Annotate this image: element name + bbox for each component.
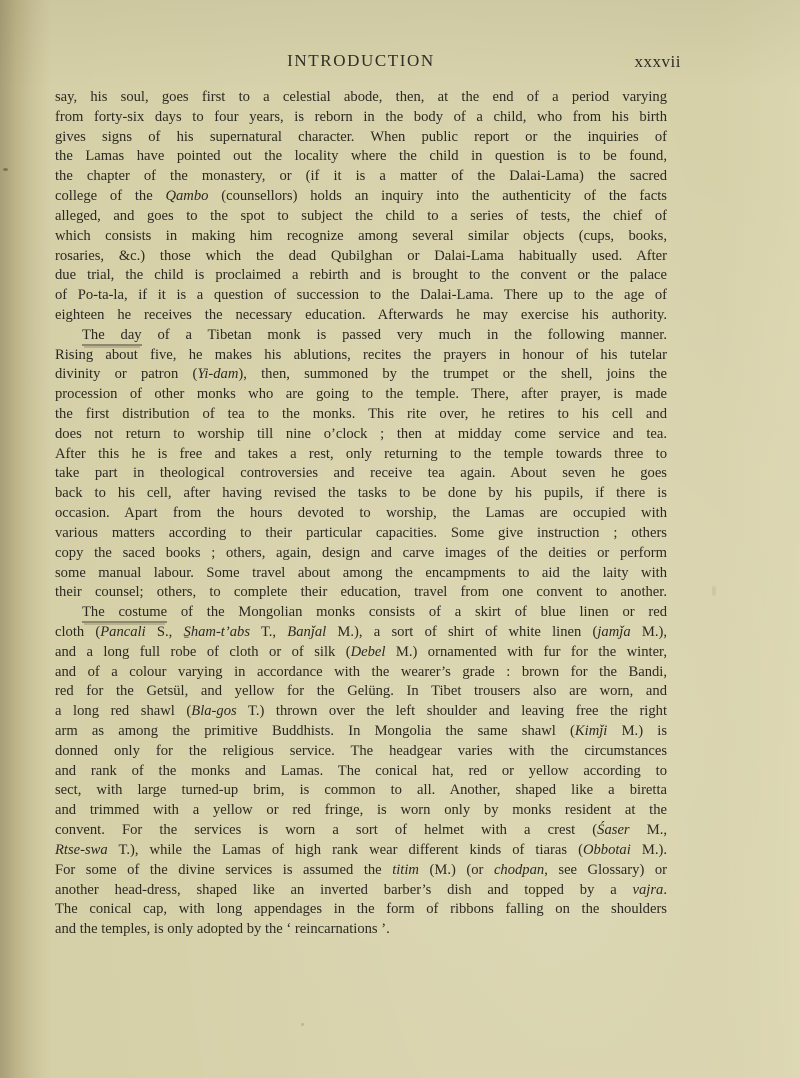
text-run: due trial, the child is proclaimed a reb…: [55, 267, 667, 283]
text-line: red for the Getsül, and yellow for the G…: [55, 682, 667, 702]
text-line: of Po-ta-la, if it is a question of succ…: [55, 286, 667, 306]
text-run: the Lamas have pointed out the locality …: [55, 148, 667, 164]
text-line: due trial, the child is proclaimed a reb…: [55, 266, 667, 286]
text-line: from forty-six days to four years, is re…: [55, 108, 667, 128]
text-line: Rtse-swa T.), while the Lamas of high ra…: [55, 841, 667, 861]
text-line: donned only for the religious service. T…: [55, 742, 667, 762]
page-body: say, his soul, goes first to a celestial…: [55, 88, 667, 940]
italic-term: Banǰal: [287, 624, 326, 640]
italic-term: chodpan: [494, 862, 544, 878]
text-run: take part in theological controversies a…: [55, 465, 667, 481]
text-line: The conical cap, with long appendages in…: [55, 900, 667, 920]
text-run: back to his cell, after having revised t…: [55, 485, 667, 501]
text-run: M.) is: [607, 723, 667, 739]
text-line: their counsel; others, to complete their…: [55, 583, 667, 603]
text-run: T.,: [250, 624, 287, 640]
text-run: occasion. Apart from the hours devoted t…: [55, 505, 667, 521]
text-line: copy the saced books ; others, again, de…: [55, 544, 667, 564]
page-number: xxxvii: [635, 52, 681, 72]
text-line: The day of a Tibetan monk is passed very…: [55, 326, 667, 346]
text-run: , see Glossary) or: [544, 862, 667, 878]
text-line: and rank of the monks and Lamas. The con…: [55, 762, 667, 782]
text-line: alleged, and goes to the spot to subject…: [55, 207, 667, 227]
text-run: and trimmed with a yellow or red fringe,…: [55, 802, 667, 818]
text-run: college of the: [55, 188, 165, 204]
scan-speck: [301, 1023, 304, 1026]
italic-term: titim: [392, 862, 419, 878]
text-line: some manual labour. Some travel about am…: [55, 564, 667, 584]
text-line: and of a colour varying in accordance wi…: [55, 663, 667, 683]
italic-term: vajra: [633, 882, 664, 898]
text-line: and a long full robe of cloth or of silk…: [55, 643, 667, 663]
text-line: a long red shawl (Bla-gos T.) thrown ove…: [55, 702, 667, 722]
text-line: gives signs of his supernatural characte…: [55, 128, 667, 148]
italic-term: Pancali: [100, 624, 145, 640]
italic-term: Qambo: [165, 188, 208, 204]
text-run: does not return to worship till nine o’c…: [55, 426, 667, 442]
text-run: their counsel; others, to complete their…: [55, 584, 667, 600]
italic-term: Bla-gos: [191, 703, 236, 719]
text-line: Rising about five, he makes his ablution…: [55, 346, 667, 366]
italic-term: Obbotai: [583, 842, 631, 858]
text-run: and a long full robe of cloth or of silk…: [55, 644, 351, 660]
text-run: donned only for the religious service. T…: [55, 743, 667, 759]
text-run: (counsellors) holds an inquiry into the …: [208, 188, 667, 204]
text-run: sect, with large turned-up brim, is comm…: [55, 782, 667, 798]
text-run: which consists in making him recognize a…: [55, 228, 667, 244]
text-line: say, his soul, goes first to a celestial…: [55, 88, 667, 108]
text-line: back to his cell, after having revised t…: [55, 484, 667, 504]
text-run: and the temples, is only adopted by the …: [55, 921, 390, 937]
text-run: copy the saced books ; others, again, de…: [55, 545, 667, 561]
text-run: another head-dress, shaped like an inver…: [55, 882, 633, 898]
text-run: alleged, and goes to the spot to subject…: [55, 208, 667, 224]
text-line: divinity or patron (Yi-dam), then, summo…: [55, 365, 667, 385]
text-run: S.,: [146, 624, 184, 640]
text-line: rosaries, &c.) those which the dead Qubi…: [55, 247, 667, 267]
text-line: eighteen he receives the necessary educa…: [55, 306, 667, 326]
italic-term: S̱ham-t’abs: [184, 624, 250, 640]
text-run: M.,: [630, 822, 667, 838]
text-line: various matters according to their parti…: [55, 524, 667, 544]
text-run: say, his soul, goes first to a celestial…: [55, 89, 667, 105]
text-line: arm as among the primitive Buddhists. In…: [55, 722, 667, 742]
text-run: After this he is free and takes a rest, …: [55, 446, 667, 462]
text-run: of the Mongolian monks consists of a ski…: [167, 604, 667, 620]
text-run: T.) thrown over the left shoulder and le…: [237, 703, 667, 719]
text-run: red for the Getsül, and yellow for the G…: [55, 683, 667, 699]
text-line: sect, with large turned-up brim, is comm…: [55, 781, 667, 801]
text-line: does not return to worship till nine o’c…: [55, 425, 667, 445]
text-run: T.), while the Lamas of high rank wear d…: [108, 842, 583, 858]
text-run: and of a colour varying in accordance wi…: [55, 664, 667, 680]
text-run: (M.) (or: [419, 862, 494, 878]
text-run: M.).: [631, 842, 667, 858]
italic-term: Kimǰi: [575, 723, 607, 739]
text-line: For some of the divine services is assum…: [55, 861, 667, 881]
text-line: and trimmed with a yellow or red fringe,…: [55, 801, 667, 821]
italic-term: Debel: [351, 644, 386, 660]
text-run: M.),: [631, 624, 667, 640]
text-line: The costume of the Mongolian monks consi…: [55, 603, 667, 623]
text-run: various matters according to their parti…: [55, 525, 667, 541]
text-line: and the temples, is only adopted by the …: [55, 920, 667, 940]
text-line: the Lamas have pointed out the locality …: [55, 147, 667, 167]
text-run: procession of other monks who are going …: [55, 386, 667, 402]
text-run: a long red shawl (: [55, 703, 191, 719]
scan-speck: [712, 586, 716, 596]
text-line: which consists in making him recognize a…: [55, 227, 667, 247]
text-run: arm as among the primitive Buddhists. In…: [55, 723, 575, 739]
text-run: and rank of the monks and Lamas. The con…: [55, 763, 667, 779]
text-run: divinity or patron (: [55, 366, 197, 382]
text-run: of Po-ta-la, if it is a question of succ…: [55, 287, 667, 303]
book-page: INTRODUCTION xxxvii say, his soul, goes …: [0, 0, 800, 1078]
page-header-title: INTRODUCTION: [55, 51, 667, 71]
text-line: convent. For the services is worn a sort…: [55, 821, 667, 841]
text-run: rosaries, &c.) those which the dead Qubi…: [55, 248, 667, 264]
text-run: cloth (: [55, 624, 100, 640]
pencil-underline-annotation: The day: [82, 327, 142, 346]
text-run: Rising about five, he makes his ablution…: [55, 347, 667, 363]
italic-term: jamǰa: [597, 624, 630, 640]
text-run: .: [663, 882, 667, 898]
text-run: some manual labour. Some travel about am…: [55, 565, 667, 581]
pencil-underline-annotation: The costume: [82, 604, 167, 623]
page-header: INTRODUCTION xxxvii: [55, 51, 667, 73]
text-run: M.), a sort of shirt of white linen (: [326, 624, 597, 640]
text-line: occasion. Apart from the hours devoted t…: [55, 504, 667, 524]
text-run: M.) ornamented with fur for the winter,: [385, 644, 667, 660]
text-line: another head-dress, shaped like an inver…: [55, 881, 667, 901]
text-line: the chapter of the monastery, or (if it …: [55, 167, 667, 187]
text-run: the chapter of the monastery, or (if it …: [55, 168, 667, 184]
text-line: college of the Qambo (counsellors) holds…: [55, 187, 667, 207]
text-line: cloth (Pancali S., S̱ham-t’abs T., Banǰa…: [55, 623, 667, 643]
italic-term: Yi-dam: [197, 366, 238, 382]
scan-speck: [3, 168, 8, 171]
text-run: gives signs of his supernatural characte…: [55, 129, 667, 145]
italic-term: Śaser: [597, 822, 629, 838]
italic-term: Rtse-swa: [55, 842, 108, 858]
text-line: procession of other monks who are going …: [55, 385, 667, 405]
text-run: For some of the divine services is assum…: [55, 862, 392, 878]
text-line: take part in theological controversies a…: [55, 464, 667, 484]
text-run: of a Tibetan monk is passed very much in…: [142, 327, 667, 343]
text-run: ), then, summoned by the trumpet or the …: [238, 366, 667, 382]
text-run: The conical cap, with long appendages in…: [55, 901, 667, 917]
text-run: from forty-six days to four years, is re…: [55, 109, 667, 125]
text-line: After this he is free and takes a rest, …: [55, 445, 667, 465]
text-run: convent. For the services is worn a sort…: [55, 822, 597, 838]
text-line: the first distribution of tea to the mon…: [55, 405, 667, 425]
text-run: eighteen he receives the necessary educa…: [55, 307, 667, 323]
text-run: the first distribution of tea to the mon…: [55, 406, 667, 422]
